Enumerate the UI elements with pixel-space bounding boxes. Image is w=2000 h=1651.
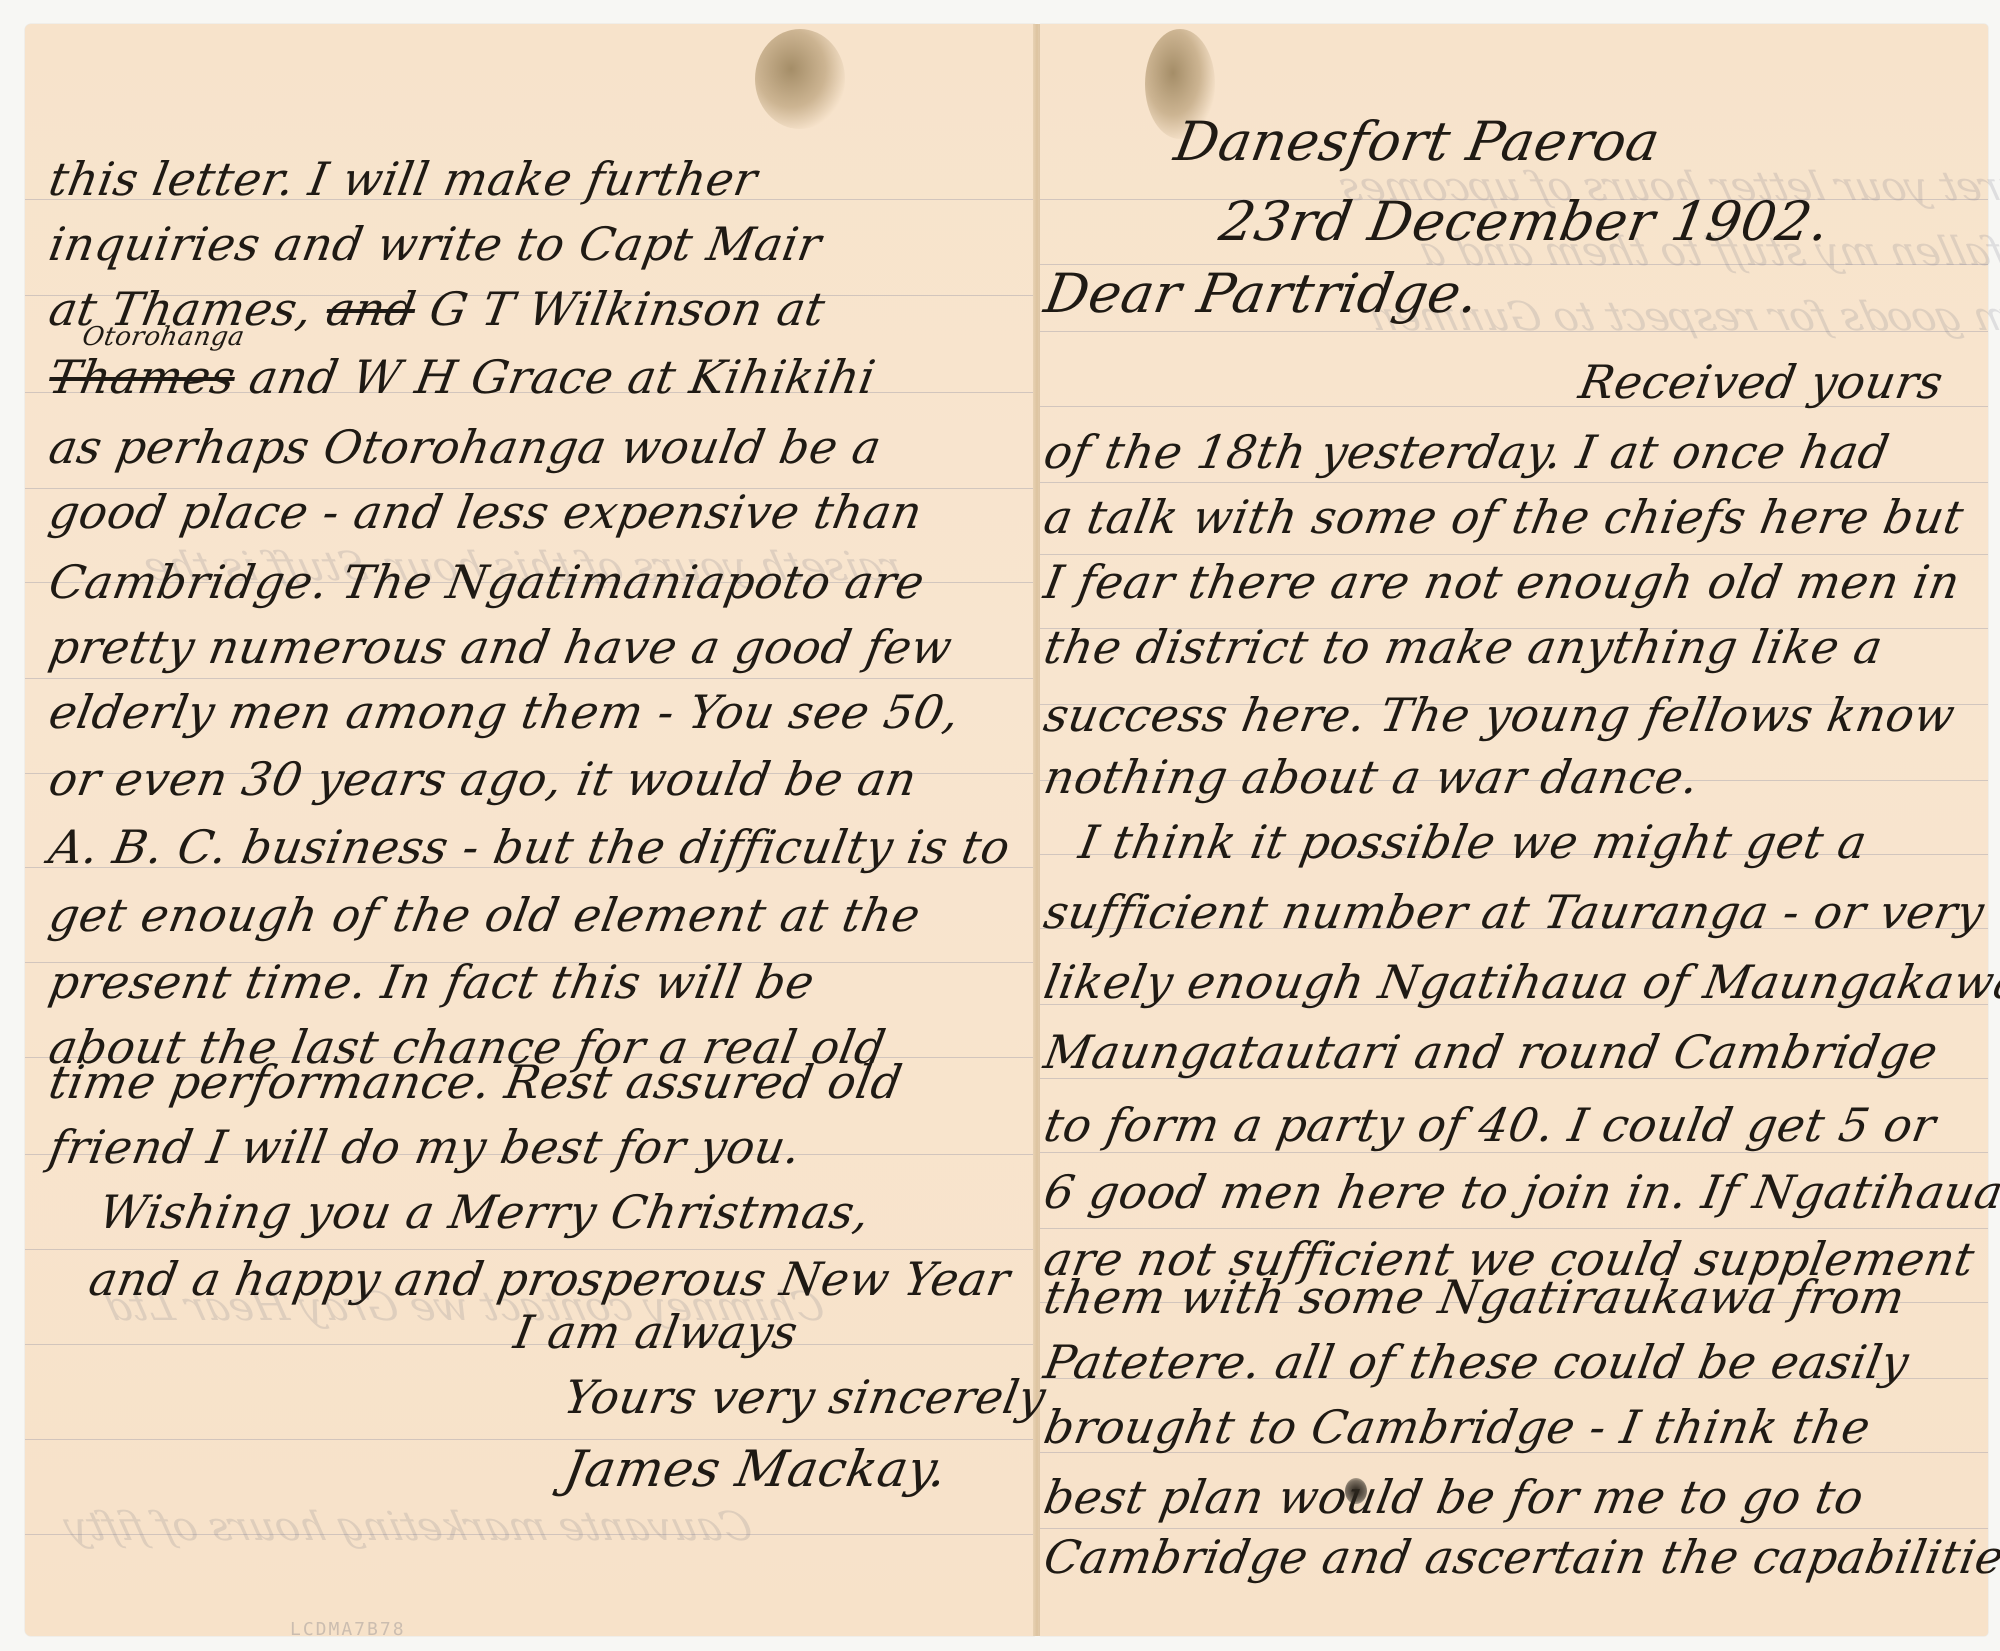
letter-line: best plan would be for me to go to — [1040, 1470, 1868, 1524]
letter-line: nothing about a war dance. — [1040, 750, 1703, 804]
struck-word: Thames — [45, 350, 240, 404]
letter-line: brought to Cambridge - I think the — [1040, 1400, 1875, 1454]
letter-line: Patetere. all of these could be easily — [1040, 1335, 1913, 1389]
struck-word: and — [322, 282, 420, 336]
valediction: Yours very sincerely — [560, 1370, 1050, 1424]
ink-stain — [755, 29, 845, 129]
letter-line-with-strike: Thames and W H Grace at Kihikihi — [45, 350, 880, 404]
insertion-note: Otorohanga — [80, 322, 247, 352]
letter-line: Wishing you a Merry Christmas, — [95, 1185, 874, 1239]
letter-line: get enough of the old element at the — [45, 888, 925, 942]
letter-line: Received yours — [1575, 355, 1947, 409]
letter-line: time performance. Rest assured old — [45, 1055, 906, 1109]
letter-line: sufficient number at Tauranga - or very — [1040, 885, 1988, 939]
letter-salutation: Dear Partridge. — [1040, 262, 1484, 325]
letter-line: or even 30 years ago, it would be an — [45, 752, 921, 806]
letter-line: 6 good men here to join in. If Ngatihaua — [1040, 1165, 2000, 1219]
letter-line: present time. In fact this will be — [45, 955, 819, 1009]
letter-line: a talk with some of the chiefs here but — [1040, 490, 1968, 544]
signature: James Mackay. — [560, 1440, 952, 1498]
text-after: and W H Grace at Kihikihi — [230, 350, 880, 404]
archive-mark: LCDMA7B78 — [290, 1619, 406, 1640]
letter-line: likely enough Ngatihaua of Maungakawa — [1040, 955, 2000, 1009]
ink-blot — [1345, 1478, 1367, 1504]
letter-line: I fear there are not enough old men in — [1040, 555, 1964, 609]
letter-line: friend I will do my best for you. — [45, 1120, 805, 1174]
letter-line: this letter. I will make further — [45, 152, 762, 206]
letter-line: them with some Ngatiraukawa from — [1040, 1270, 1909, 1324]
letter-line: elderly men among them - You see 50, — [45, 685, 964, 739]
letter-line: pretty numerous and have a good few — [45, 620, 956, 674]
letter-line: success here. The young fellows know — [1040, 688, 1959, 742]
letter-line: A. B. C. business - but the difficulty i… — [45, 820, 1014, 874]
letter-line: and a happy and prosperous New Year — [85, 1252, 1014, 1306]
letter-line: Cambridge. The Ngatimaniapoto are — [45, 555, 929, 609]
letter-line: good place - and less expensive than — [45, 485, 926, 539]
closing: I am always — [510, 1305, 802, 1359]
letter-line: inquiries and write to Capt Mair — [45, 217, 826, 271]
letter-line: the district to make anything like a — [1040, 620, 1887, 674]
letter-line: Cambridge and ascertain the capabilities — [1040, 1530, 2000, 1584]
letter-line: to form a party of 40. I could get 5 or — [1040, 1098, 1940, 1152]
letter-line: of the 18th yesterday. I at once had — [1040, 425, 1893, 479]
letter-date: 23rd December 1902. — [1215, 190, 1835, 253]
text-after: G T Wilkinson at — [410, 282, 829, 336]
letter-line: Maungatautari and round Cambridge — [1040, 1025, 1942, 1079]
letter-line: I think it possible we might get a — [1075, 815, 1871, 869]
letter-line: as perhaps Otorohanga would be a — [45, 420, 886, 474]
letter-address: Danesfort Paeroa — [1170, 110, 1665, 173]
